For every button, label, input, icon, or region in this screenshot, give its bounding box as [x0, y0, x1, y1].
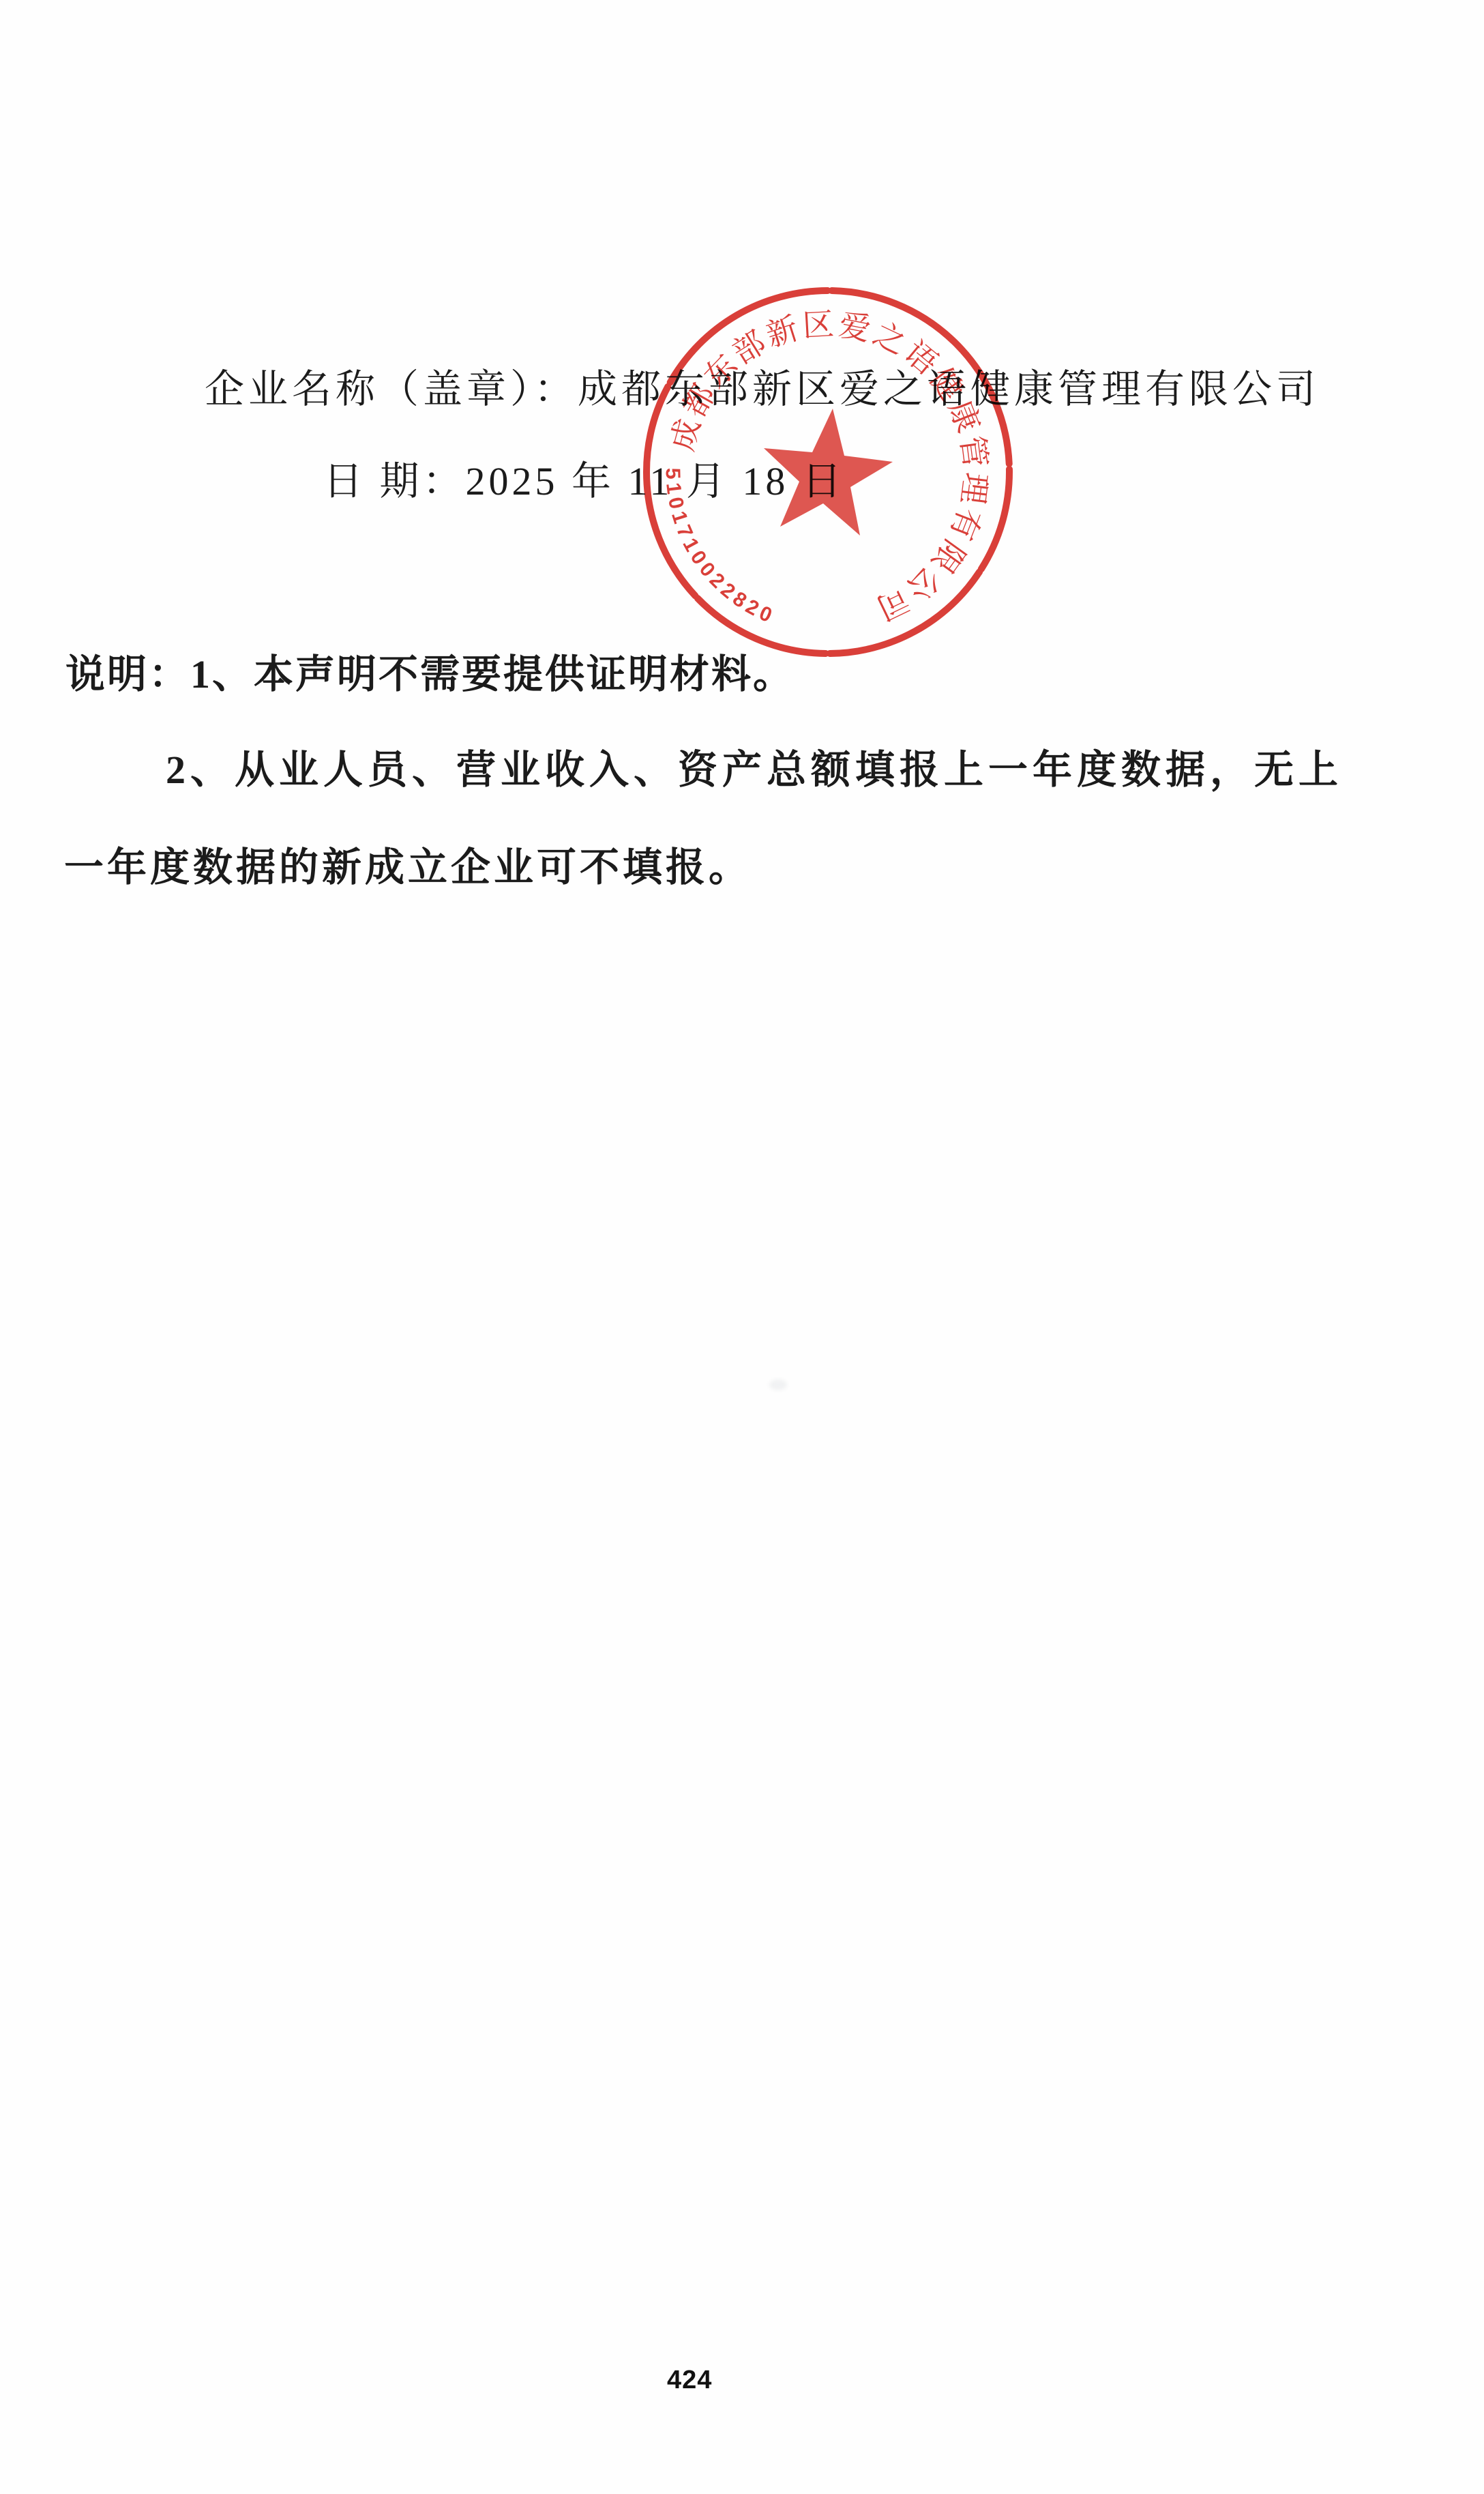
document-page: 企业名称（盖章）：成都东部新区爱之语健康管理有限公司 日 期：2025 年 11… — [0, 0, 1484, 2494]
note-line-2: 2、从业人员、营业收入、资产总额填报上一年度数据，无上 — [166, 748, 1343, 793]
notes-label: 说明： — [65, 652, 190, 696]
seal-serial-number-arc: 5101710022820 — [662, 467, 779, 628]
seal-serial-number: 5101710022820 — [662, 467, 779, 628]
company-seal: 成都东部新区爱之语健康管理有限公司 5101710022820 — [634, 278, 1029, 674]
company-name-label: 企业名称（盖章）： — [205, 367, 578, 411]
note-line-3: 一年度数据的新成立企业可不填报。 — [64, 845, 752, 891]
red-star-icon — [764, 409, 893, 536]
scan-smudge — [769, 1379, 787, 1390]
page-number: 424 — [667, 2366, 712, 2395]
